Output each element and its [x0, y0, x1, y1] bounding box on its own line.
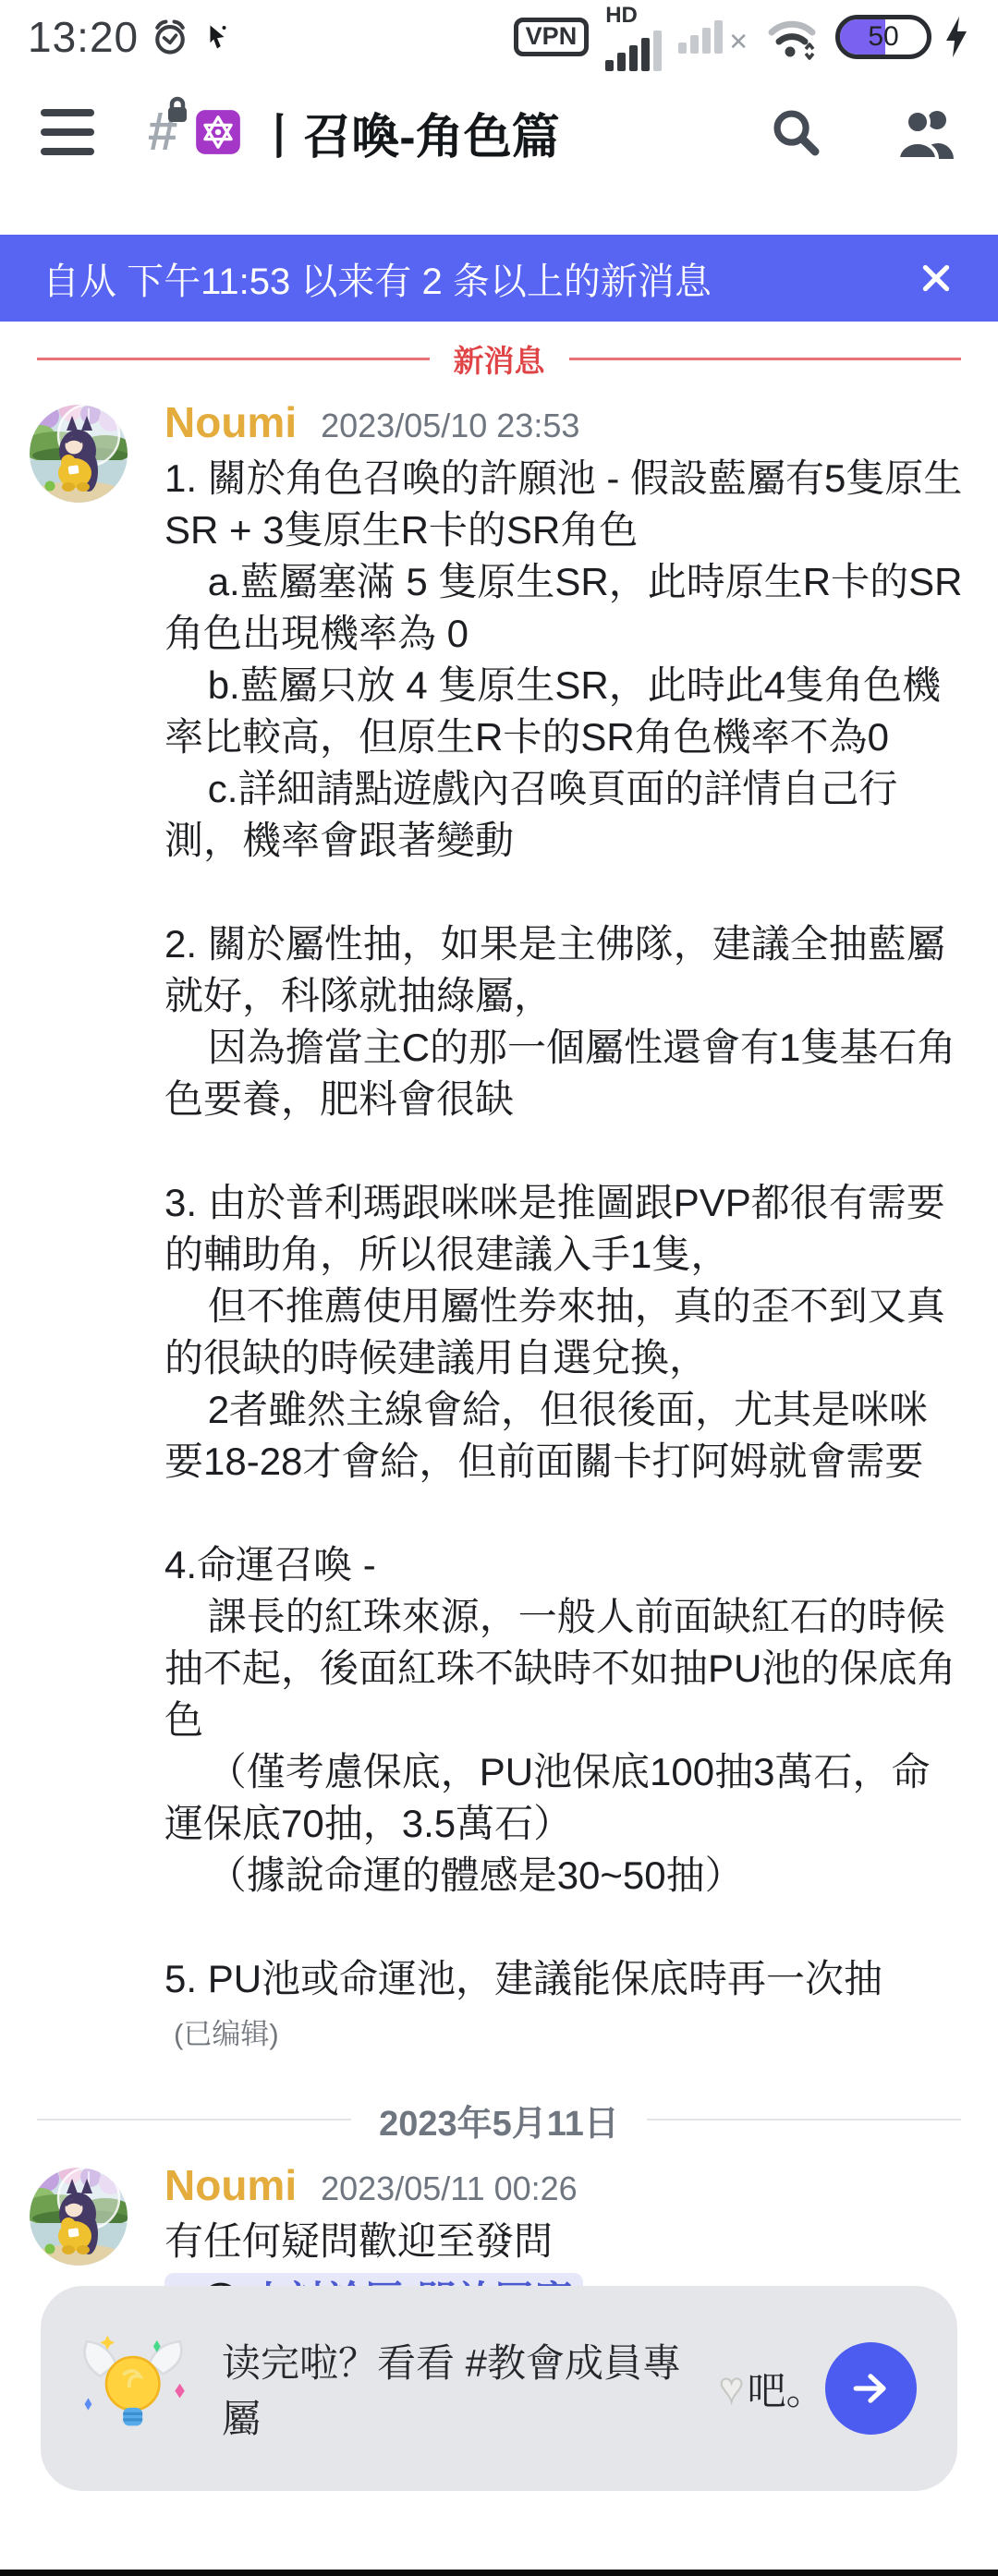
new-messages-banner[interactable]: 自从 下午11:53 以来有 2 条以上的新消息 [0, 235, 998, 322]
next-channel-suggestion-card[interactable]: 读完啦？看看 #教會成員專屬♥ 吧。 [41, 2286, 957, 2491]
charging-bolt-icon [943, 15, 970, 59]
timestamp: 2023/05/11 00:26 [321, 2169, 578, 2208]
wifi-icon [765, 14, 819, 60]
timestamp: 2023/05/10 23:53 [321, 407, 579, 445]
locked-channel-hash-icon: # [148, 105, 177, 159]
cell-signal-2-no-service: ✕ [678, 20, 748, 54]
cell-signal-1: HD [605, 3, 662, 71]
menu-icon[interactable] [41, 109, 94, 155]
status-bar: 13:20 VPN HD [0, 0, 998, 74]
go-to-channel-button[interactable] [825, 2342, 917, 2435]
banner-text: 自从 下午11:53 以来有 2 条以上的新消息 [43, 252, 712, 305]
cursor-status-icon [205, 23, 229, 51]
vpn-badge: VPN [514, 18, 590, 56]
channel-header: # 丨召喚-角色篇 [0, 74, 998, 190]
battery-indicator: 50 [835, 15, 931, 59]
avatar[interactable] [30, 405, 128, 503]
avatar[interactable] [30, 2168, 128, 2266]
date-divider: 2023年5月11日 [37, 2092, 961, 2147]
suggestion-text: 读完啦？看看 #教會成員專屬♥ 吧。 [222, 2333, 825, 2444]
username[interactable]: Noumi [164, 2160, 297, 2210]
search-icon[interactable] [767, 103, 824, 161]
message: Noumi 2023/05/10 23:53 1. 關於角色召喚的許願池 - 假… [0, 384, 998, 2060]
username[interactable]: Noumi [164, 397, 297, 447]
winged-lightbulb-emoji [74, 2333, 194, 2444]
alarm-icon [150, 17, 190, 57]
six-pointed-star-emoji [194, 108, 242, 156]
white-heart-emoji: ♥ [720, 2365, 744, 2412]
clock-time: 13:20 [28, 12, 139, 62]
edited-label: (已编辑) [174, 2018, 279, 2050]
bottom-edge-bar [0, 2570, 998, 2576]
members-icon[interactable] [893, 105, 957, 159]
close-icon[interactable] [917, 259, 955, 298]
channel-title: 丨召喚-角色篇 [255, 98, 559, 167]
new-messages-divider: 新消息 [37, 333, 961, 384]
message-body: 1. 關於角色召喚的許願池 - 假設藍屬有5隻原生SR + 3隻原生R卡的SR角… [164, 453, 965, 2060]
message-body: 有任何疑問歡迎至發問 [164, 2216, 965, 2267]
